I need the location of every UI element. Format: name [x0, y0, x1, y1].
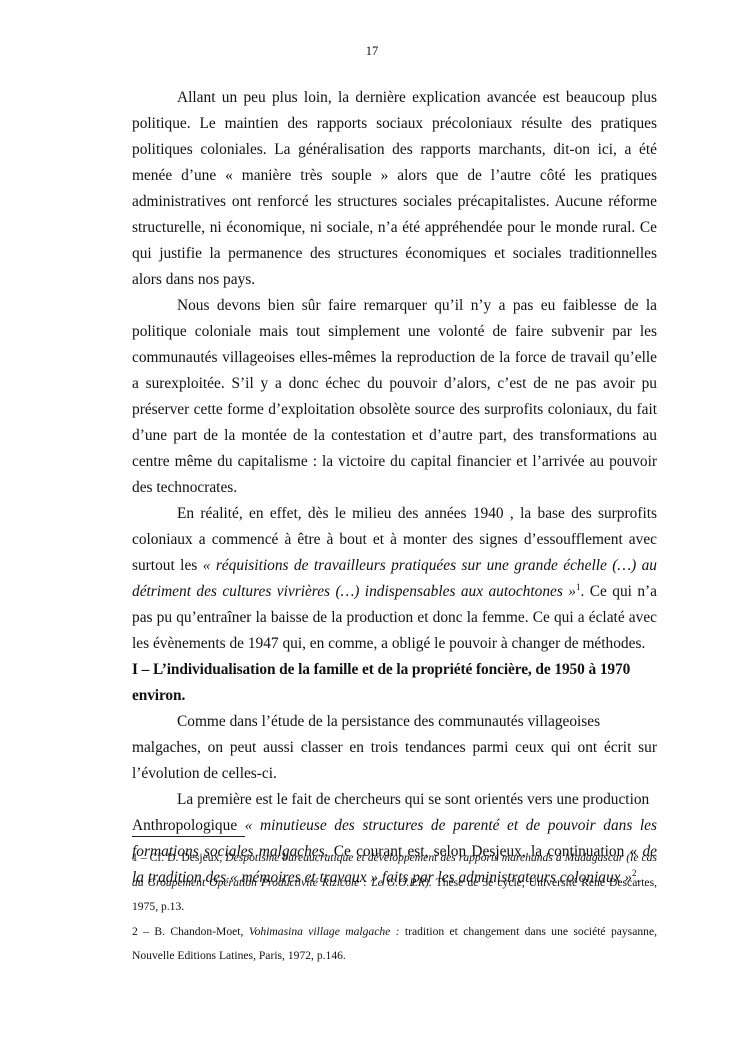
paragraph-colonial-policy: Nous devons bien sûr faire remarquer qu’…	[132, 293, 657, 501]
footnote-prefix: 2 – B. Chandon-Moet,	[132, 925, 249, 938]
paragraph-first-line: La première est le fait de chercheurs qu…	[132, 787, 657, 813]
footnote-2: 2 – B. Chandon-Moet, Vohimasina village …	[132, 920, 657, 969]
footnote-prefix: 1 – Cf. D. Desjeux,	[132, 851, 225, 864]
paragraph-1940s: En réalité, en effet, dès le milieu des …	[132, 501, 657, 657]
paragraph-political-explanation: Allant un peu plus loin, la dernière exp…	[132, 85, 657, 293]
body-text: Allant un peu plus loin, la dernière exp…	[132, 85, 657, 891]
section-heading: I – L’individualisation de la famille et…	[132, 657, 657, 709]
footnote-title: Vohimasina village malgache :	[249, 925, 400, 938]
paragraph-text: Anthropologique	[132, 817, 245, 834]
page-number: 17	[0, 44, 744, 59]
footnote-separator	[132, 836, 245, 837]
paragraph-first-line: Comme dans l’étude de la persistance des…	[132, 709, 657, 735]
footnote-1: 1 – Cf. D. Desjeux, Despotisme bureaucra…	[132, 846, 657, 920]
paragraph-three-tendencies: malgaches, on peut aussi classer en troi…	[132, 735, 657, 787]
footnotes: 1 – Cf. D. Desjeux, Despotisme bureaucra…	[132, 846, 657, 969]
quotation: « réquisitions de travailleurs pratiquée…	[132, 557, 657, 600]
